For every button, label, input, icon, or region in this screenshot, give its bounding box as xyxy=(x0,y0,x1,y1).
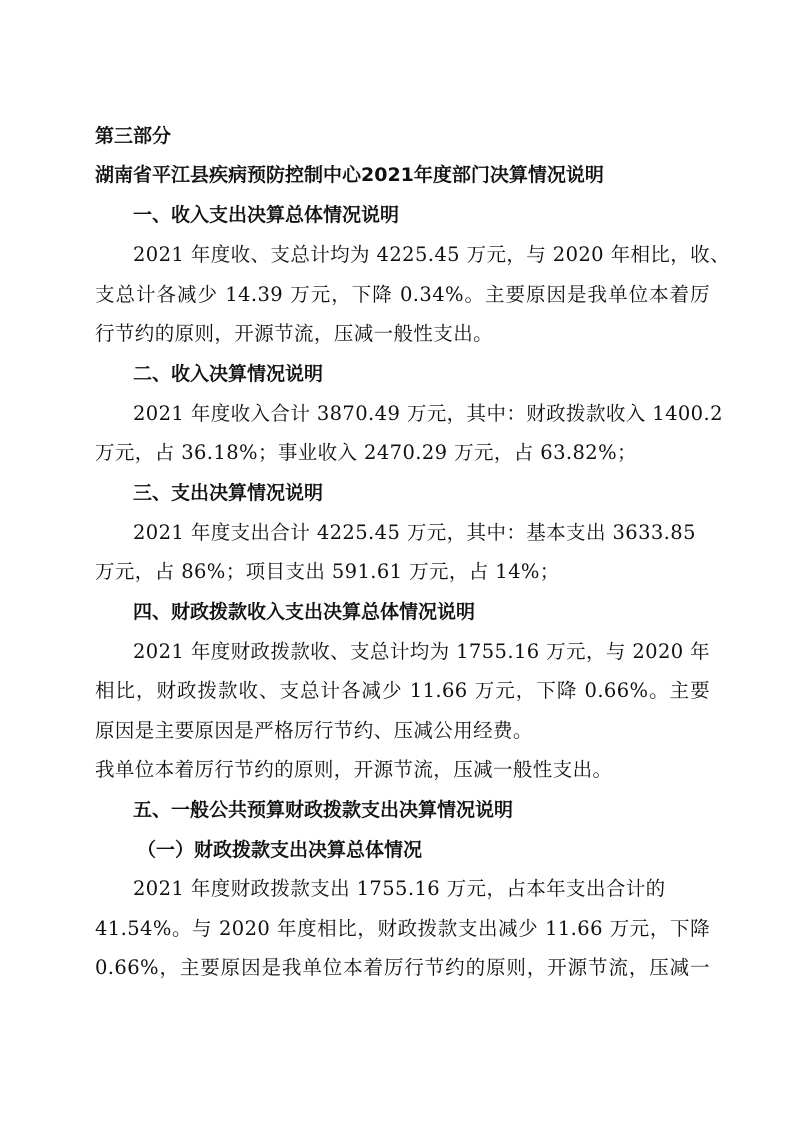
paragraph-line: 原因是主要原因是严格厉行节约、压减公用经费。 xyxy=(95,719,533,743)
section-2-heading: 二、收入决算情况说明 xyxy=(133,362,323,386)
paragraph-line: 支总计各减少 14.39 万元，下降 0.34%。主要原因是我单位本着厉 xyxy=(95,283,710,307)
paragraph-line: 2021 年度财政拨款支出 1755.16 万元，占本年支出合计的 xyxy=(133,877,666,901)
document-title: 湖南省平江县疾病预防控制中心2021年度部门决算情况说明 xyxy=(95,163,604,187)
section-1-heading: 一、收入支出决算总体情况说明 xyxy=(133,203,399,227)
paragraph-line: 万元，占 86%；项目支出 591.61 万元，占 14%； xyxy=(95,560,560,584)
paragraph-line: 我单位本着厉行节约的原则，开源节流，压减一般性支出。 xyxy=(95,758,612,782)
section-4-heading: 四、财政拨款收入支出决算总体情况说明 xyxy=(133,600,475,624)
paragraph-line: 行节约的原则，开源节流，压减一般性支出。 xyxy=(95,322,493,346)
section-3-heading: 三、支出决算情况说明 xyxy=(133,481,323,505)
paragraph-line: 2021 年度收、支总计均为 4225.45 万元，与 2020 年相比，收、 xyxy=(133,243,730,267)
paragraph-line: 万元，占 36.18%；事业收入 2470.29 万元，占 63.82%； xyxy=(95,441,637,465)
part-label: 第三部分 xyxy=(95,124,171,148)
paragraph-line: 2021 年度财政拨款收、支总计均为 1755.16 万元，与 2020 年 xyxy=(133,640,710,664)
paragraph-line: 相比，财政拨款收、支总计各减少 11.66 万元，下降 0.66%。主要 xyxy=(95,679,710,703)
paragraph-line: 0.66%，主要原因是我单位本着厉行节约的原则，开源节流，压减一 xyxy=(95,956,710,980)
paragraph-line: 2021 年度支出合计 4225.45 万元，其中：基本支出 3633.85 xyxy=(133,521,696,545)
paragraph-line: 41.54%。与 2020 年度相比，财政拨款支出减少 11.66 万元，下降 xyxy=(95,917,710,941)
section-5-subheading: （一）财政拨款支出决算总体情况 xyxy=(137,838,422,862)
paragraph-line: 2021 年度收入合计 3870.49 万元，其中：财政拨款收入 1400.2 xyxy=(133,402,723,426)
section-5-heading: 五、一般公共预算财政拨款支出决算情况说明 xyxy=(133,798,513,822)
